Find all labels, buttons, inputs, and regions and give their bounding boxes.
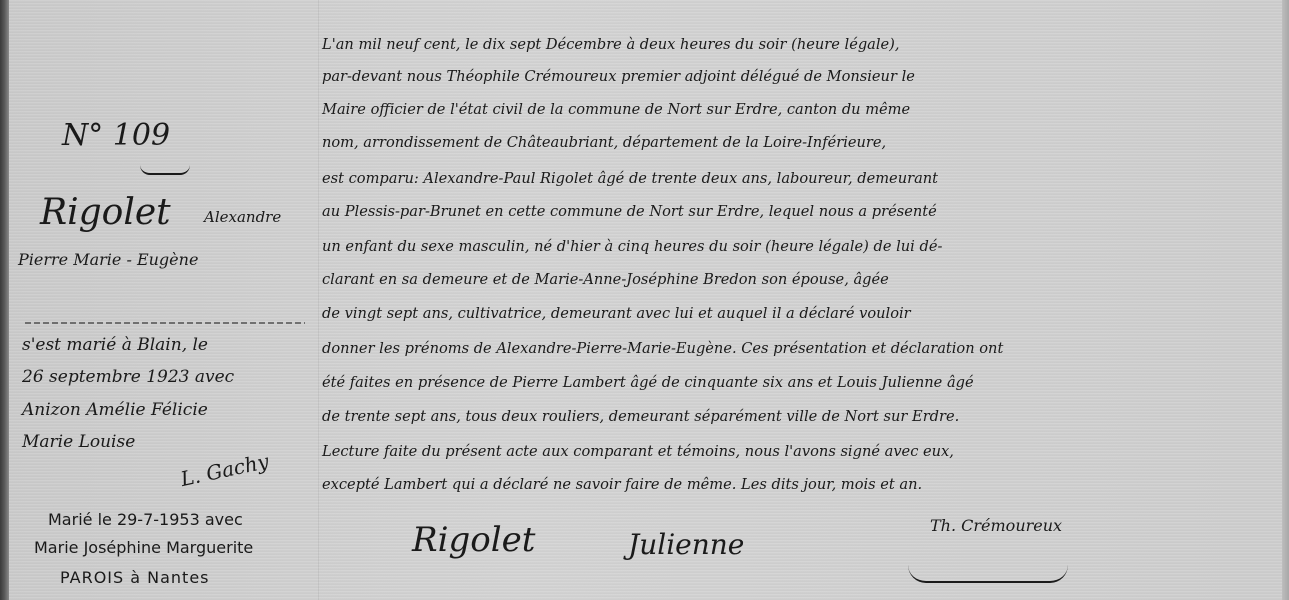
body-line: été faites en présence de Pierre Lambert… xyxy=(322,374,974,391)
margin-given-names-2: Pierre Marie - Eugène xyxy=(18,250,198,269)
signature-officer: Th. Crémoureux xyxy=(930,516,1062,535)
margin-given-names-1: Alexandre xyxy=(204,208,281,226)
margin-divider xyxy=(318,0,319,600)
marriage-annotation-line: Anizon Amélie Félicie xyxy=(22,400,208,420)
body-line: excepté Lambert qui a déclaré ne savoir … xyxy=(322,476,922,493)
act-number: N° 109 xyxy=(62,118,170,153)
body-line: est comparu: Alexandre-Paul Rigolet âgé … xyxy=(322,170,938,187)
page-right-edge xyxy=(1282,0,1289,600)
second-marriage-annotation-line: Marié le 29-7-1953 avec xyxy=(48,510,243,529)
marriage-annotation-line: s'est marié à Blain, le xyxy=(22,335,208,355)
second-marriage-annotation-line: PAROIS à Nantes xyxy=(60,568,210,587)
body-line: un enfant du sexe masculin, né d'hier à … xyxy=(322,238,942,255)
margin-separator xyxy=(25,322,305,324)
body-line: nom, arrondissement de Châteaubriant, dé… xyxy=(322,134,886,151)
act-number-flourish xyxy=(140,165,190,175)
margin-surname: Rigolet xyxy=(40,192,171,233)
body-line: Maire officier de l'état civil de la com… xyxy=(322,101,910,118)
page-binding-edge xyxy=(0,0,9,600)
marriage-annotation-line: 26 septembre 1923 avec xyxy=(22,367,234,387)
annotation-signature: L. Gachy xyxy=(178,449,270,491)
marriage-annotation-line: Marie Louise xyxy=(22,432,135,452)
signature-witness: Julienne xyxy=(628,528,744,561)
body-line: de vingt sept ans, cultivatrice, demeura… xyxy=(322,305,911,322)
signature-father: Rigolet xyxy=(412,520,535,560)
body-line: par-devant nous Théophile Crémoureux pre… xyxy=(322,68,915,85)
body-line: au Plessis-par-Brunet en cette commune d… xyxy=(322,203,937,220)
body-line: clarant en sa demeure et de Marie-Anne-J… xyxy=(322,271,889,288)
body-line: de trente sept ans, tous deux rouliers, … xyxy=(322,408,959,425)
second-marriage-annotation-line: Marie Joséphine Marguerite xyxy=(34,538,253,557)
scanned-register-page: N° 109 Rigolet Alexandre Pierre Marie - … xyxy=(0,0,1289,600)
body-line: Lecture faite du présent acte aux compar… xyxy=(322,443,954,460)
officer-signature-flourish xyxy=(908,565,1068,583)
body-line: donner les prénoms de Alexandre-Pierre-M… xyxy=(322,340,1003,357)
body-line: L'an mil neuf cent, le dix sept Décembre… xyxy=(322,36,900,53)
